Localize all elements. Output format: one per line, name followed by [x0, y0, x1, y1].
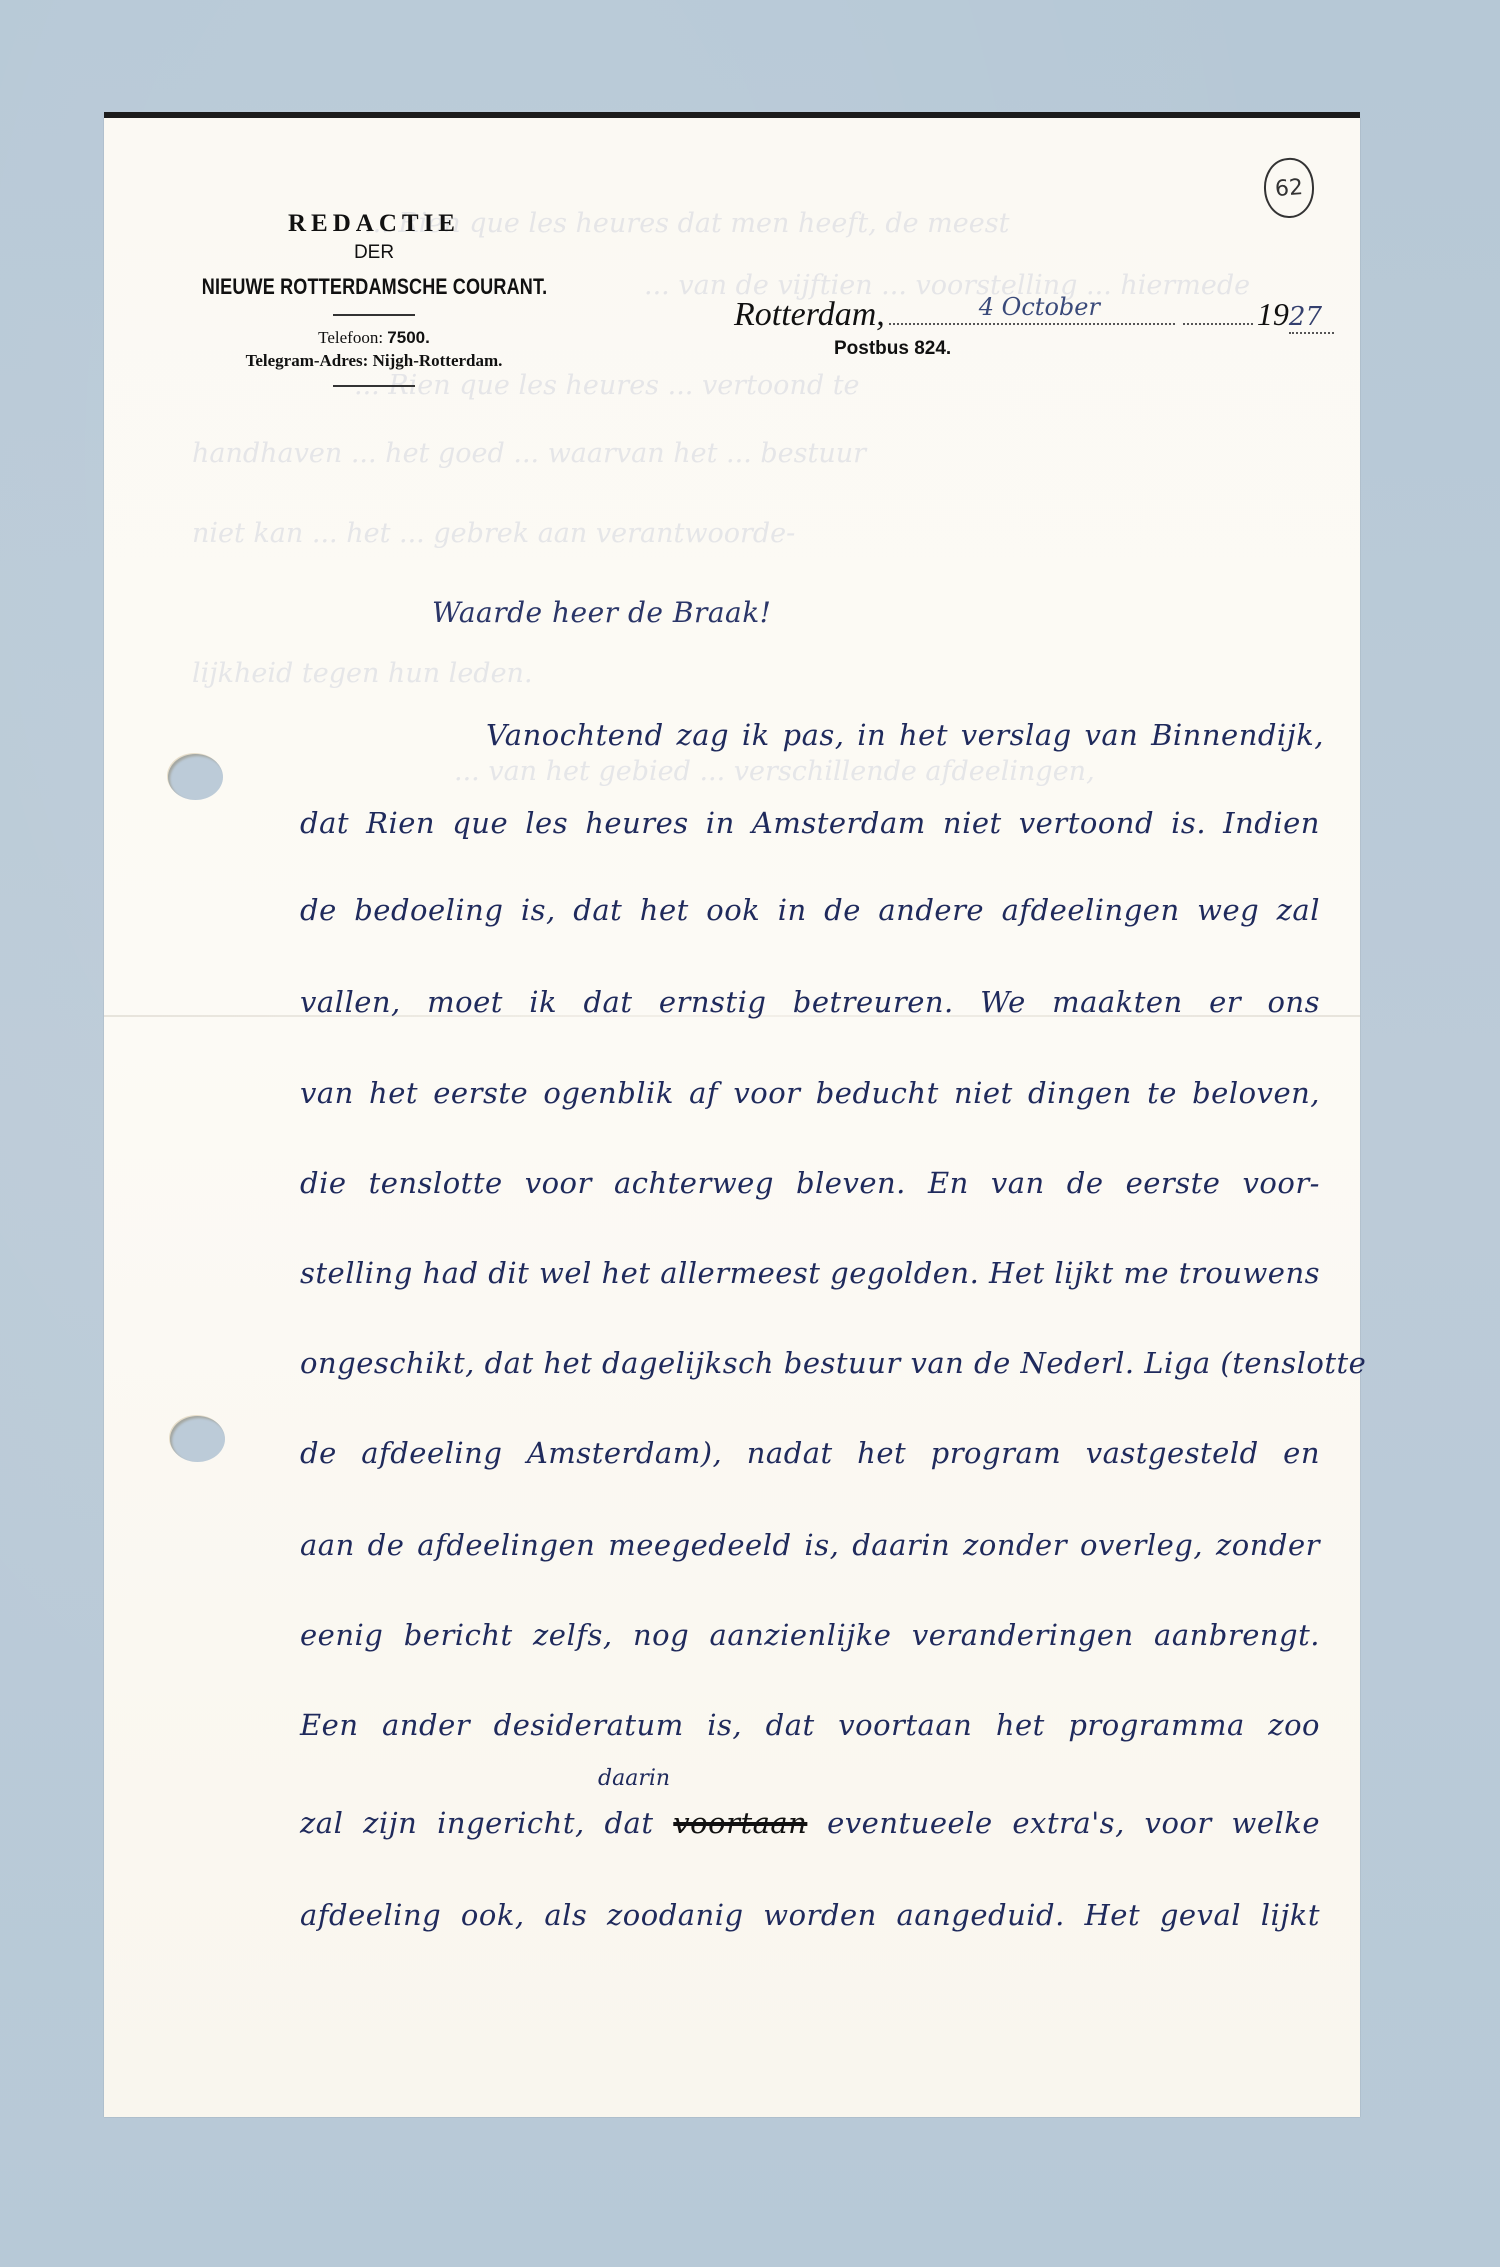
letterhead-redactie: REDACTIE — [164, 210, 584, 238]
archive-page-number: 62 — [1262, 156, 1316, 219]
bleed-through-line: ... van het gebied ... verschillende afd… — [454, 756, 1095, 787]
handwritten-date: 4 October — [979, 293, 1100, 321]
salutation: Waarde heer de Braak! — [432, 596, 771, 629]
phone-number: 7500. — [387, 328, 430, 347]
punch-hole-top — [168, 754, 223, 800]
date-fill-line-short — [1183, 301, 1253, 325]
letterhead-phone: Telefoon: 7500. — [164, 328, 584, 348]
letter-line: van het eerste ogenblik af voor beducht … — [300, 1076, 1320, 1110]
letter-sheet: 62 ... Rien que les heures dat men heeft… — [104, 118, 1360, 2117]
bleed-through-line: lijkheid tegen hun leden. — [192, 658, 533, 689]
letter-line: ongeschikt, dat het dagelijksch bestuur … — [300, 1346, 1320, 1380]
dateline: Rotterdam, 4 October 19 27 Postbus 824. — [734, 296, 1334, 360]
year-prefix: 19 — [1257, 296, 1289, 333]
inserted-word: daarin — [598, 1766, 670, 1791]
letterhead: REDACTIE DER NIEUWE ROTTERDAMSCHE COURAN… — [164, 210, 584, 399]
letter-line: dat Rien que les heures in Amsterdam nie… — [300, 806, 1320, 840]
postbus: Postbus 824. — [834, 338, 1334, 360]
handwritten-year: 27 — [1289, 302, 1334, 334]
letter-line: afdeeling ook, als zoodanig worden aange… — [300, 1898, 1320, 1932]
date-row: Rotterdam, 4 October 19 27 — [734, 296, 1334, 334]
struck-word: voortaan — [673, 1806, 807, 1840]
punch-hole-bottom — [170, 1416, 225, 1462]
date-city: Rotterdam, — [734, 296, 885, 334]
letter-line: de afdeeling Amsterdam), nadat het progr… — [300, 1436, 1320, 1470]
telegram-label: Telegram-Adres: — [246, 351, 369, 370]
letter-line: Een ander desideratum is, dat voortaan h… — [300, 1708, 1320, 1742]
bleed-through-line: niet kan ... het ... gebrek aan verantwo… — [192, 518, 795, 549]
newspaper-name: NIEUWE ROTTERDAMSCHE COURANT. — [202, 274, 546, 300]
letterhead-der: DER — [164, 242, 584, 264]
letter-line: de bedoeling is, dat het ook in de ander… — [300, 893, 1320, 927]
letterhead-divider — [333, 385, 415, 387]
date-fill-line: 4 October — [889, 301, 1175, 325]
letter-line: eenig bericht zelfs, nog aanzienlijke ve… — [300, 1618, 1320, 1652]
letter-line: vallen, moet ik dat ernstig betreuren. W… — [300, 985, 1320, 1019]
line-text-before: zal zijn ingericht, dat — [300, 1806, 673, 1840]
telegram-address: Nijgh-Rotterdam. — [373, 351, 503, 370]
letterhead-telegram: Telegram-Adres: Nijgh-Rotterdam. — [164, 351, 584, 371]
letter-line: Vanochtend zag ik pas, in het verslag va… — [486, 718, 1324, 752]
letter-line: aan de afdeelingen meegedeeld is, daarin… — [300, 1528, 1320, 1562]
phone-label: Telefoon: — [318, 328, 383, 347]
letter-line-with-correction: zal zijn ingericht, dat voortaan eventue… — [300, 1806, 1320, 1840]
bleed-through-line: handhaven ... het goed ... waarvan het .… — [192, 438, 866, 469]
letter-line: stelling had dit wel het allermeest gego… — [300, 1256, 1320, 1290]
paper-top-edge — [104, 112, 1360, 118]
letter-line: die tenslotte voor achterweg bleven. En … — [300, 1166, 1320, 1200]
letterhead-divider — [333, 314, 415, 316]
line-text-after: eventueele extra's, voor welke — [807, 1806, 1320, 1840]
